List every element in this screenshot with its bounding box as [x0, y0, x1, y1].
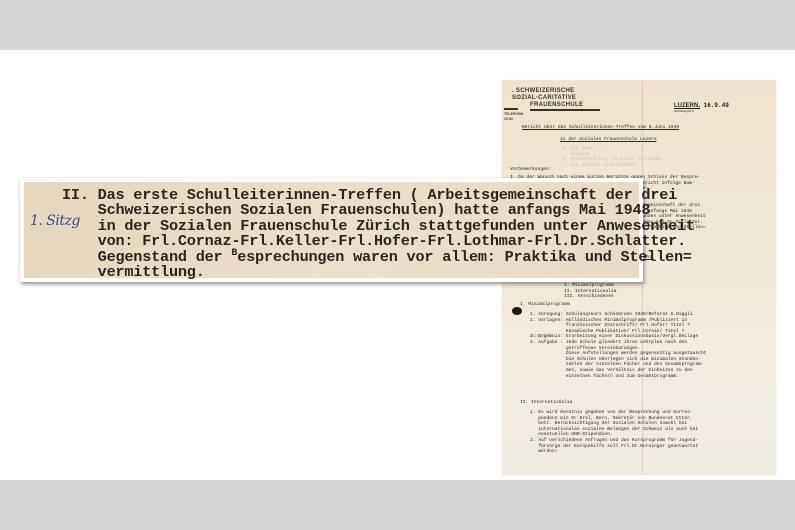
- letterhead-line-1: . SCHWEIZERISCHE: [512, 88, 583, 95]
- place-date: LUZERN, 16.9.49 Hitzlisbergstr.5: [674, 102, 729, 109]
- document-line: werden!: [530, 449, 558, 455]
- letterhead-line-2: SOZIAL-CARITATIVE: [512, 95, 583, 102]
- punch-hole: [512, 307, 522, 315]
- telephone-block: TELEPHON 20.84: [504, 112, 523, 121]
- telephone-label: TELEPHON: [504, 112, 523, 117]
- telephone-rule: [504, 108, 518, 110]
- document-line: einzelnen Fächern und zum Gesamtprogramm…: [530, 374, 679, 380]
- letterhead-line-3: FRAUENSCHULE: [512, 102, 583, 109]
- section-2-heading: II. Internationalia: [520, 400, 572, 406]
- document-title: Bericht über das Schulleiterinnen-Treffe…: [522, 125, 679, 131]
- letterhead: . SCHWEIZERISCHE SOZIAL-CARITATIVE FRAUE…: [512, 88, 583, 109]
- place-street: Hitzlisbergstr.5: [674, 109, 694, 113]
- document-date: 16.9.49: [704, 102, 729, 109]
- document-line: III. Verschiedenes: [564, 294, 614, 300]
- excerpt-typewritten-text: II. Das erste Schulleiterinnen-Treffen (…: [62, 188, 695, 280]
- letterhead-rule: [530, 109, 600, 111]
- top-gray-band: [0, 0, 795, 50]
- excerpt-line-6: vermittlung.: [62, 265, 695, 280]
- magnified-excerpt-panel: 1. Sitzg II. Das erste Schulleiterinnen-…: [20, 178, 643, 282]
- document-subtitle: in der Sozialen Frauenschule Luzern: [560, 137, 657, 143]
- preliminary-label: Vorbemerkungen:: [510, 167, 551, 173]
- excerpt-paper: 1. Sitzg II. Das erste Schulleiterinnen-…: [24, 182, 639, 278]
- section-1-heading: I. Minimalprogramm: [520, 302, 570, 308]
- bottom-gray-band: [0, 480, 795, 530]
- document-line: c. die Schulen sind bedacht...: [562, 163, 645, 169]
- telephone-number: 20.84: [504, 117, 523, 122]
